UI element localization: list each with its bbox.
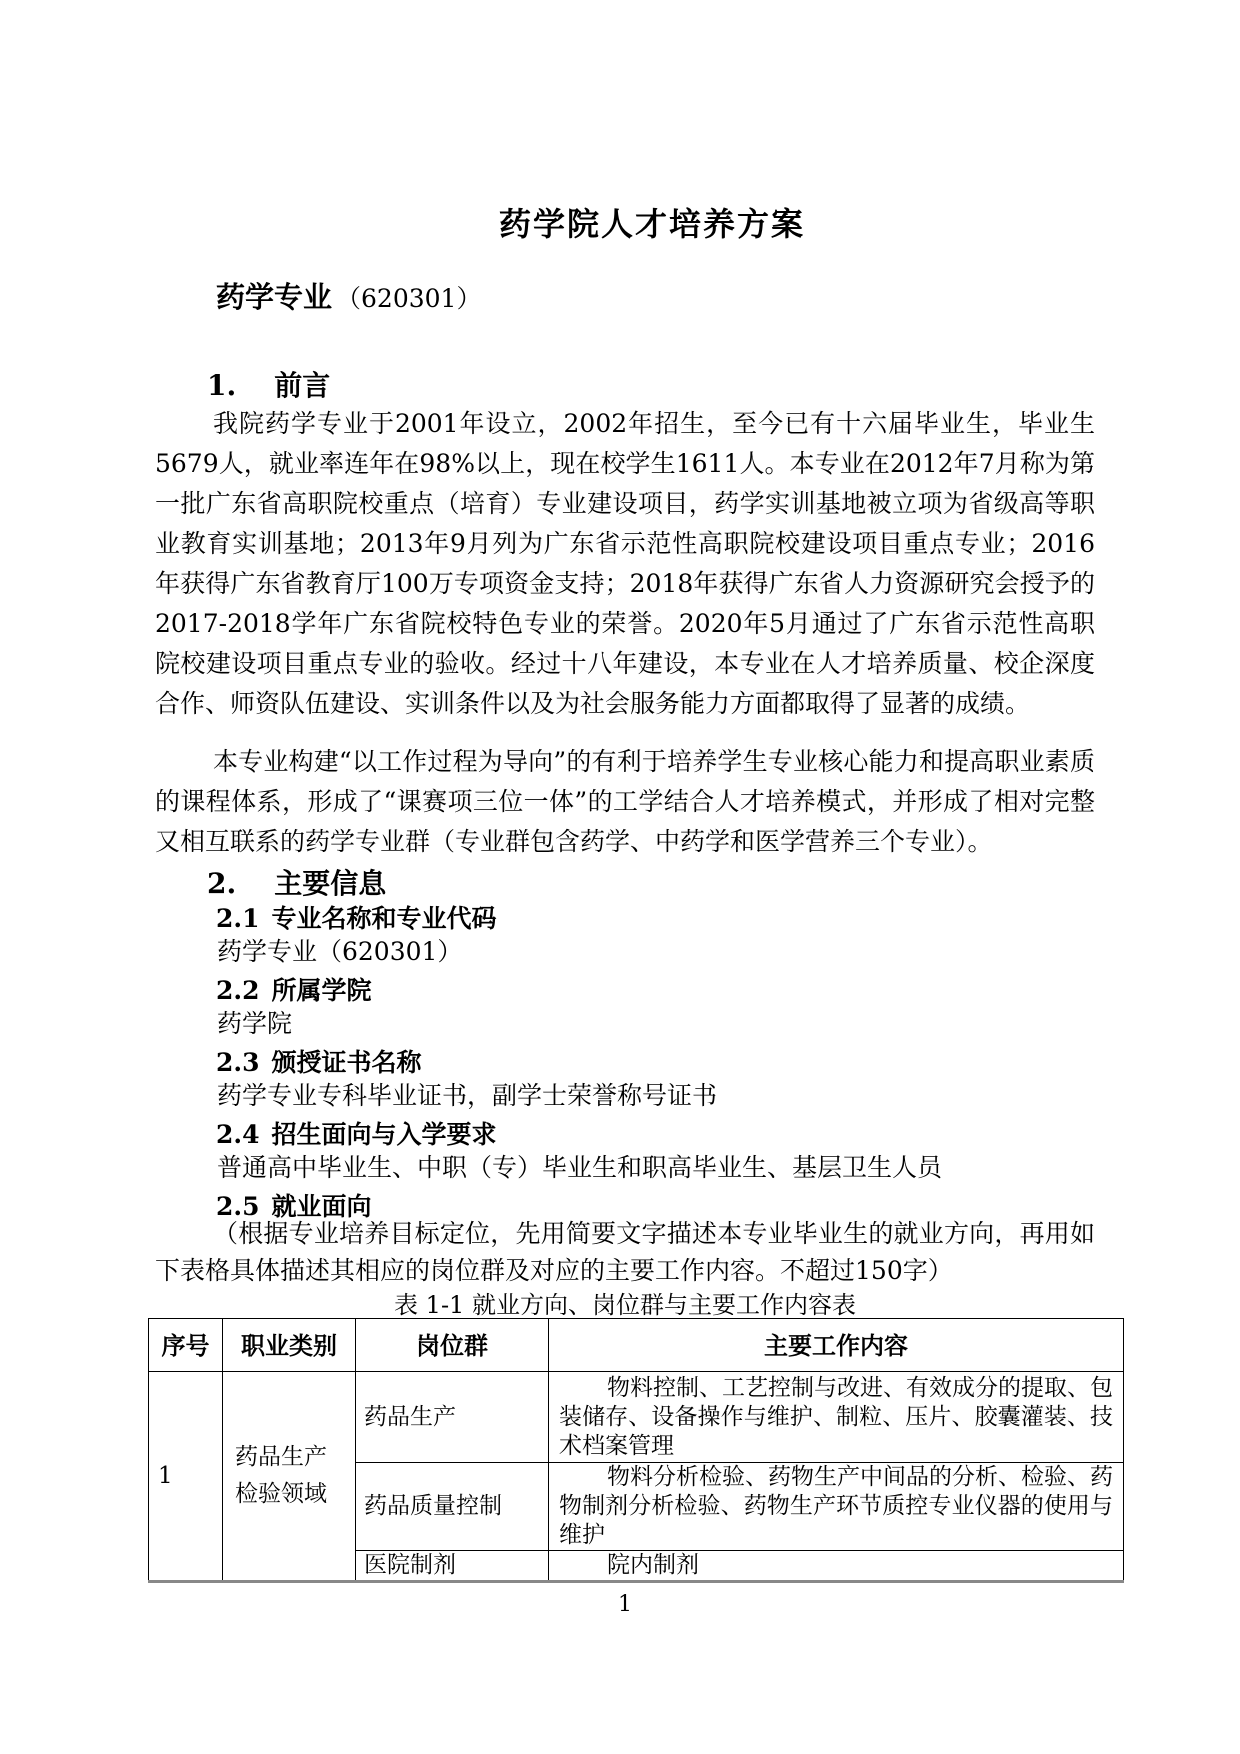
table-row: 1 药品生产检验领域 药品生产 物料控制、工艺控制与改进、有效成分的提取、包装储… (149, 1372, 1124, 1463)
section-2-2-heading: 2.2所属学院 (155, 974, 1095, 1007)
preface-paragraph-2: 本专业构建“以工作过程为导向”的有利于培养学生专业核心能力和提高职业素质的课程体… (155, 742, 1095, 862)
section-1-heading: 1.前言 (155, 368, 1095, 404)
document-title: 药学院人才培养方案 (155, 0, 1095, 243)
cell-main-work: 物料分析检验、药物生产中间品的分析、检验、药物制剂分析检验、药物生产环节质控专业… (549, 1463, 1124, 1551)
section-2-2-number: 2.2 (216, 976, 260, 1005)
section-2-4-title: 招生面向与入学要求 (272, 1120, 497, 1149)
cell-main-work: 院内制剂 (549, 1551, 1124, 1582)
section-2-1-content: 药学专业（620301） (155, 935, 1095, 968)
page-number: 1 (155, 1592, 1095, 1618)
header-cell-post-group: 岗位群 (356, 1319, 549, 1372)
section-2-1-number: 2.1 (216, 904, 260, 933)
employment-note: （根据专业培养目标定位，先用简要文字描述本专业毕业生的就业方向，再用如下表格具体… (155, 1215, 1095, 1289)
document-page: 药学院人才培养方案 药学专业（620301） 1.前言 我院药学专业于2001年… (0, 0, 1240, 1754)
section-2-title: 主要信息 (274, 867, 386, 900)
major-code: （620301） (336, 284, 481, 313)
section-2-3-content: 药学专业专科毕业证书，副学士荣誉称号证书 (155, 1079, 1095, 1112)
document-content: 药学院人才培养方案 药学专业（620301） 1.前言 我院药学专业于2001年… (0, 0, 1240, 1618)
section-1-number: 1. (207, 369, 236, 402)
section-2-4-heading: 2.4招生面向与入学要求 (155, 1118, 1095, 1151)
cell-post-group: 药品质量控制 (356, 1463, 549, 1551)
section-2-heading: 2.主要信息 (155, 866, 1095, 902)
section-2-2-title: 所属学院 (272, 976, 372, 1005)
cell-post-group: 医院制剂 (356, 1551, 549, 1582)
section-2-3-title: 颁授证书名称 (272, 1048, 422, 1077)
section-1-title: 前言 (274, 369, 330, 402)
preface-paragraph-1: 我院药学专业于2001年设立，2002年招生，至今已有十六届毕业生，毕业生567… (155, 404, 1095, 724)
employment-table: 序号 职业类别 岗位群 主要工作内容 1 药品生产检验领域 药品生产 物料控制、… (148, 1318, 1124, 1583)
section-2-4-number: 2.4 (216, 1120, 260, 1149)
cell-post-group: 药品生产 (356, 1372, 549, 1463)
header-cell-category: 职业类别 (223, 1319, 356, 1372)
major-subtitle: 药学专业（620301） (155, 279, 1095, 320)
section-2-2-content: 药学院 (155, 1007, 1095, 1040)
header-cell-main-work: 主要工作内容 (549, 1319, 1124, 1372)
section-2-4-content: 普通高中毕业生、中职（专）毕业生和职高毕业生、基层卫生人员 (155, 1151, 1095, 1184)
section-2-1-heading: 2.1专业名称和专业代码 (155, 902, 1095, 935)
section-2-number: 2. (207, 867, 236, 900)
header-cell-index: 序号 (149, 1319, 223, 1372)
section-2-3-heading: 2.3颁授证书名称 (155, 1046, 1095, 1079)
cell-category: 药品生产检验领域 (223, 1372, 356, 1582)
table-header-row: 序号 职业类别 岗位群 主要工作内容 (149, 1319, 1124, 1372)
section-2-3-number: 2.3 (216, 1048, 260, 1077)
cell-row-index: 1 (149, 1372, 223, 1582)
section-2-1-title: 专业名称和专业代码 (272, 904, 497, 933)
cell-main-work: 物料控制、工艺控制与改进、有效成分的提取、包装储存、设备操作与维护、制粒、压片、… (549, 1372, 1124, 1463)
major-name: 药学专业 (216, 280, 332, 314)
